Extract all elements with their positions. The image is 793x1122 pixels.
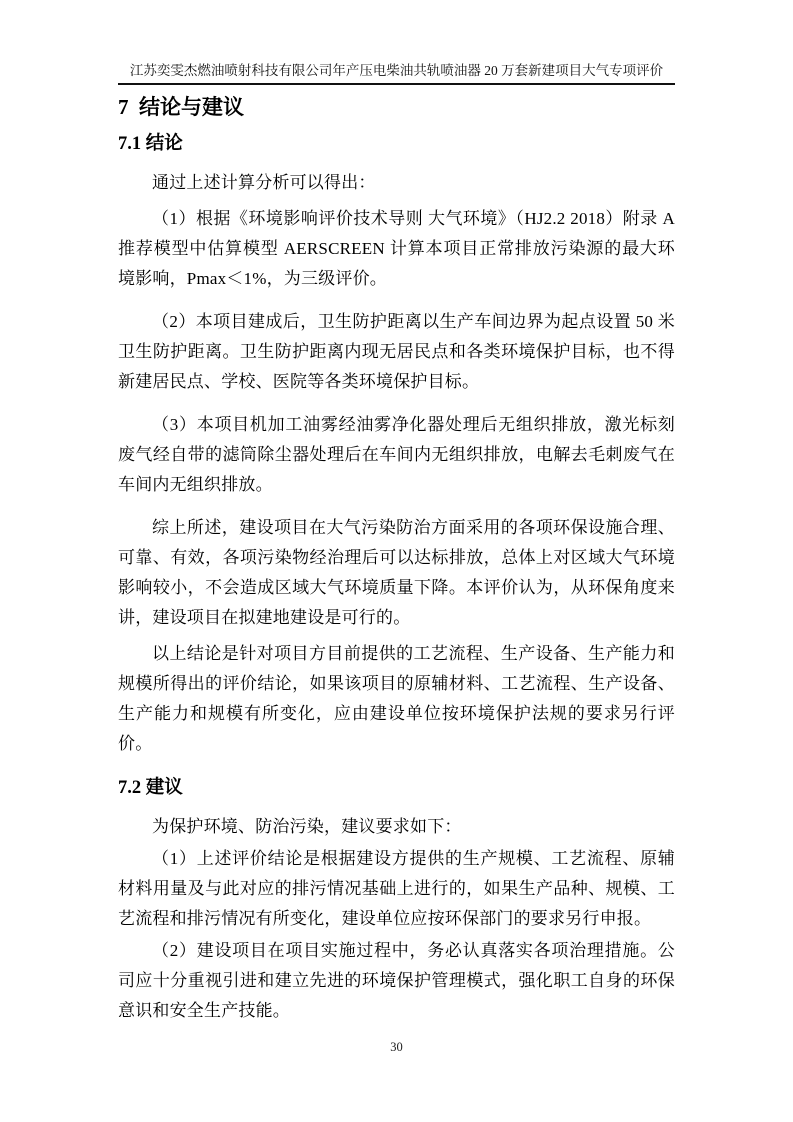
paragraph: 以上结论是针对项目方目前提供的工艺流程、生产设备、生产能力和规模所得出的评价结论… <box>118 639 675 759</box>
document-page: 江苏奕雯杰燃油喷射科技有限公司年产压电柴油共轨喷油器 20 万套新建项目大气专项… <box>0 0 793 1122</box>
document-body: 7 结论与建议 7.1 结论 通过上述计算分析可以得出： （1）根据《环境影响评… <box>118 94 675 1026</box>
paragraph: 综上所述，建设项目在大气污染防治方面采用的各项环保设施合理、可靠、有效，各项污染… <box>118 513 675 633</box>
paragraph: （3）本项目机加工油雾经油雾净化器处理后无组织排放，激光标刻废气经自带的滤筒除尘… <box>118 410 675 500</box>
paragraph: （2）本项目建成后，卫生防护距离以生产车间边界为起点设置 50 米卫生防护距离。… <box>118 307 675 397</box>
chapter-heading: 7 结论与建议 <box>118 94 675 120</box>
paragraph: 通过上述计算分析可以得出： <box>118 168 675 198</box>
paragraph: 为保护环境、防治污染，建议要求如下： <box>118 812 675 842</box>
paragraph: （1）上述评价结论是根据建设方提供的生产规模、工艺流程、原辅材料用量及与此对应的… <box>118 844 675 934</box>
page-number: 30 <box>0 1040 793 1054</box>
section-7-2-heading: 7.2 建议 <box>118 777 675 800</box>
paragraph: （2）建设项目在项目实施过程中，务必认真落实各项治理措施。公司应十分重视引进和建… <box>118 936 675 1026</box>
running-header: 江苏奕雯杰燃油喷射科技有限公司年产压电柴油共轨喷油器 20 万套新建项目大气专项… <box>118 0 675 85</box>
paragraph: （1）根据《环境影响评价技术导则 大气环境》（HJ2.2 2018）附录 A 推… <box>118 204 675 294</box>
section-7-1-heading: 7.1 结论 <box>118 133 675 156</box>
